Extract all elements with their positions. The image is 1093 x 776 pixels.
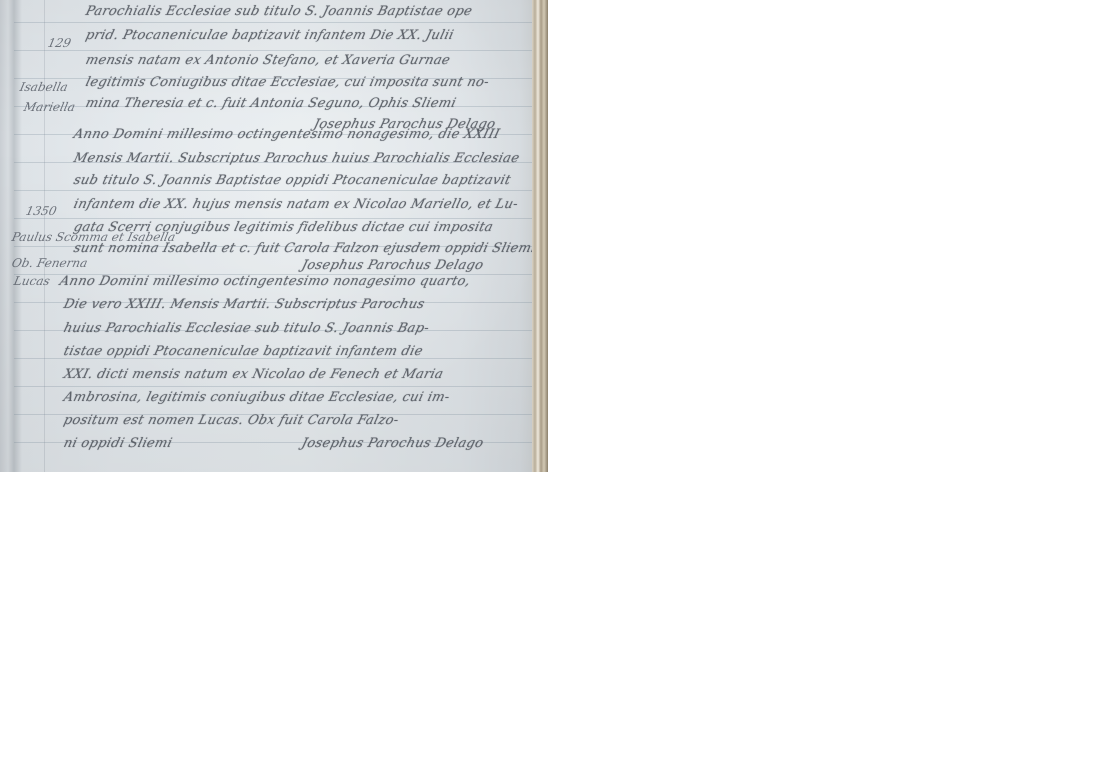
entry-number: 129 xyxy=(47,36,73,50)
entry-text-line: infantem die XX. hujus mensis natam ex N… xyxy=(72,197,520,212)
margin-name: Isabella xyxy=(19,80,70,94)
entry-text-line: Parochialis Ecclesiae sub titulo S. Joan… xyxy=(84,4,474,19)
entry-text-line: Anno Domini millesimo octingentesimo non… xyxy=(72,127,501,142)
margin-name: Mariella xyxy=(23,100,77,114)
ruled-line xyxy=(14,190,532,191)
entry-text-line: gata Scerri conjugibus legitimis fidelib… xyxy=(72,220,495,235)
entry-text-line: positum est nomen Lucas. Obx fuit Carola… xyxy=(62,413,400,428)
book-page-edge xyxy=(532,0,548,472)
margin-name: Lucas xyxy=(13,274,52,288)
entry-number: 1350 xyxy=(25,204,59,218)
entry-text-line: ni oppidi Sliemi xyxy=(62,436,174,451)
priest-signature: Josephus Parochus Delago xyxy=(300,436,485,451)
margin-name: Ob. Fenerna xyxy=(11,256,89,270)
ruled-line xyxy=(14,50,532,51)
entry-text-line: prid. Ptocaneniculae baptizavit infantem… xyxy=(84,28,455,43)
entry-text-line: Mensis Martii. Subscriptus Parochus huiu… xyxy=(72,151,521,166)
entry-text-line: sub titulo S. Joannis Baptistae oppidi P… xyxy=(72,173,512,188)
entry-text-line: Ambrosina, legitimis coniugibus ditae Ec… xyxy=(62,390,451,405)
ruled-line xyxy=(14,22,532,23)
ruled-line xyxy=(14,218,532,219)
entry-text-line: mina Theresia et c. fuit Antonia Seguno,… xyxy=(84,96,458,111)
ruled-line xyxy=(14,386,532,387)
entry-text-line: Die vero XXIII. Mensis Martii. Subscript… xyxy=(62,297,426,312)
entry-text-line: legitimis Coniugibus ditae Ecclesiae, cu… xyxy=(84,75,491,90)
entry-text-line: XXI. dicti mensis natum ex Nicolao de Fe… xyxy=(62,367,445,382)
entry-text-line: huius Parochialis Ecclesiae sub titulo S… xyxy=(62,321,431,336)
manuscript-page-photo: 129 Isabella Mariella Parochialis Eccles… xyxy=(0,0,548,472)
entry-text-line: mensis natam ex Antonio Stefano, et Xave… xyxy=(84,53,452,68)
entry-text-line: tistae oppidi Ptocaneniculae baptizavit … xyxy=(62,344,425,359)
entry-text-line: Anno Domini millesimo octingentesimo non… xyxy=(58,274,472,289)
priest-signature: Josephus Parochus Delago xyxy=(300,258,485,273)
entry-text-line: sunt nomina Isabella et c. fuit Carola F… xyxy=(72,241,538,256)
